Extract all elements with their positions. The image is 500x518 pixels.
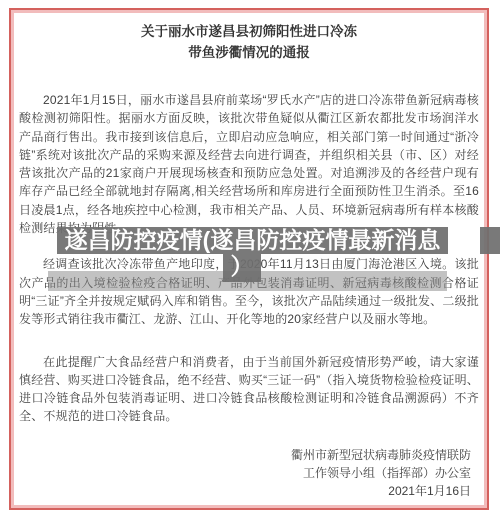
signature-org-line2: 工作领导小组（指挥部）办公室 — [19, 464, 471, 482]
signature-org-line1: 衢州市新型冠状病毒肺炎疫情联防 — [19, 446, 471, 464]
watermark-title-line1: 遂昌防控疫情(遂昌防控疫情最新消息 — [57, 227, 448, 254]
signature-block: 衢州市新型冠状病毒肺炎疫情联防 工作领导小组（指挥部）办公室 2021年1月16… — [19, 446, 479, 501]
notice-title-line1: 关于丽水市遂昌县初筛阳性进口冷冻 — [19, 21, 479, 42]
signature-date: 2021年1月16日 — [19, 482, 471, 500]
watermark-title-line2: ） — [223, 254, 261, 282]
notice-paragraph-reminder: 在此提醒广大食品经营户和消费者，由于当前国外新冠疫情形势严峻，请大家谨慎经营、购… — [19, 353, 479, 426]
notice-title: 关于丽水市遂昌县初筛阳性进口冷冻 带鱼涉衢情况的通报 — [19, 21, 479, 63]
notice-page: 关于丽水市遂昌县初筛阳性进口冷冻 带鱼涉衢情况的通报 2021年1月15日，丽水… — [0, 0, 500, 518]
notice-paragraph-investigation: 2021年1月15日，丽水市遂昌县府前菜场“罗氏水产”店的进口冷冻带鱼新冠病毒核… — [19, 91, 479, 237]
watermark-edge-fragment — [480, 227, 500, 254]
notice-title-line2: 带鱼涉衢情况的通报 — [19, 42, 479, 63]
